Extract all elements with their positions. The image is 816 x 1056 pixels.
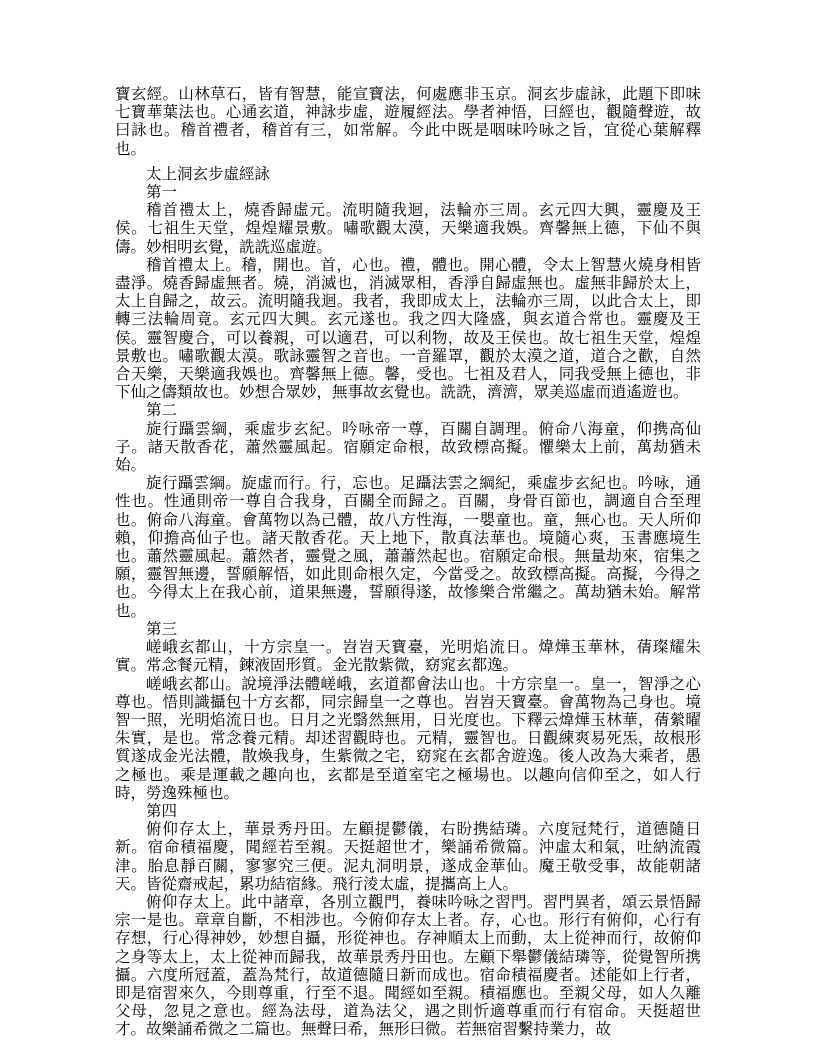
commentary-paragraph: 嵯峨玄都山。說境淨法體嵯峨，玄道都會法山也。十方宗皇一。皇一，智淨之心尊也。悟則… bbox=[115, 676, 701, 803]
verse-paragraph: 嵯峨玄都山，十方宗皇一。岧岧天寶臺，光明焰流日。煒燁玉華林，蒨璨耀朱實。常念餐元… bbox=[115, 639, 701, 675]
page-body: 寶玄經。山林草石，皆有智慧，能宣寶法，何處應非玉京。洞玄步虛詠，此題下即味七寶華… bbox=[115, 86, 701, 1040]
commentary-paragraph: 俯仰存太上。此中諸章，各別立觀門，養味吟咏之習門。習門異者，頌云景悟歸宗一是也。… bbox=[115, 894, 701, 1040]
section-heading: 第三 bbox=[115, 621, 701, 639]
section-heading: 第二 bbox=[115, 402, 701, 420]
document-page: 寶玄經。山林草石，皆有智慧，能宣寶法，何處應非玉京。洞玄步虛詠，此題下即味七寶華… bbox=[0, 0, 816, 1056]
section-heading: 第四 bbox=[115, 803, 701, 821]
commentary-paragraph: 旋行躡雲綱。旋虛而行。行，忘也。足躡法雲之綱紀，乘虛步玄紀也。吟咏，通性也。性通… bbox=[115, 475, 701, 621]
scripture-title: 太上洞玄步虛經詠 bbox=[115, 166, 701, 184]
body-text-paragraph: 寶玄經。山林草石，皆有智慧，能宣寶法，何處應非玉京。洞玄步虛詠，此題下即味七寶華… bbox=[115, 86, 701, 159]
section-heading: 第一 bbox=[115, 184, 701, 202]
commentary-paragraph: 稽首禮太上。稽，開也。首，心也。禮，體也。開心體，令太上智慧火燒身相皆盡淨。燒香… bbox=[115, 257, 701, 403]
verse-paragraph: 旋行躡雲綱，乘虛步玄紀。吟咏帝一尊，百關自調理。俯命八海童，仰携高仙子。諸天散香… bbox=[115, 421, 701, 476]
verse-paragraph: 稽首禮太上，燒香歸虛元。流明隨我迴，法輪亦三周。玄元四大興，靈慶及王侯。七祖生天… bbox=[115, 202, 701, 257]
verse-paragraph: 俯仰存太上，華景秀丹田。左顧提鬱儀，右盼携結璘。六度冠梵行，道德隨日新。宿命積福… bbox=[115, 821, 701, 894]
